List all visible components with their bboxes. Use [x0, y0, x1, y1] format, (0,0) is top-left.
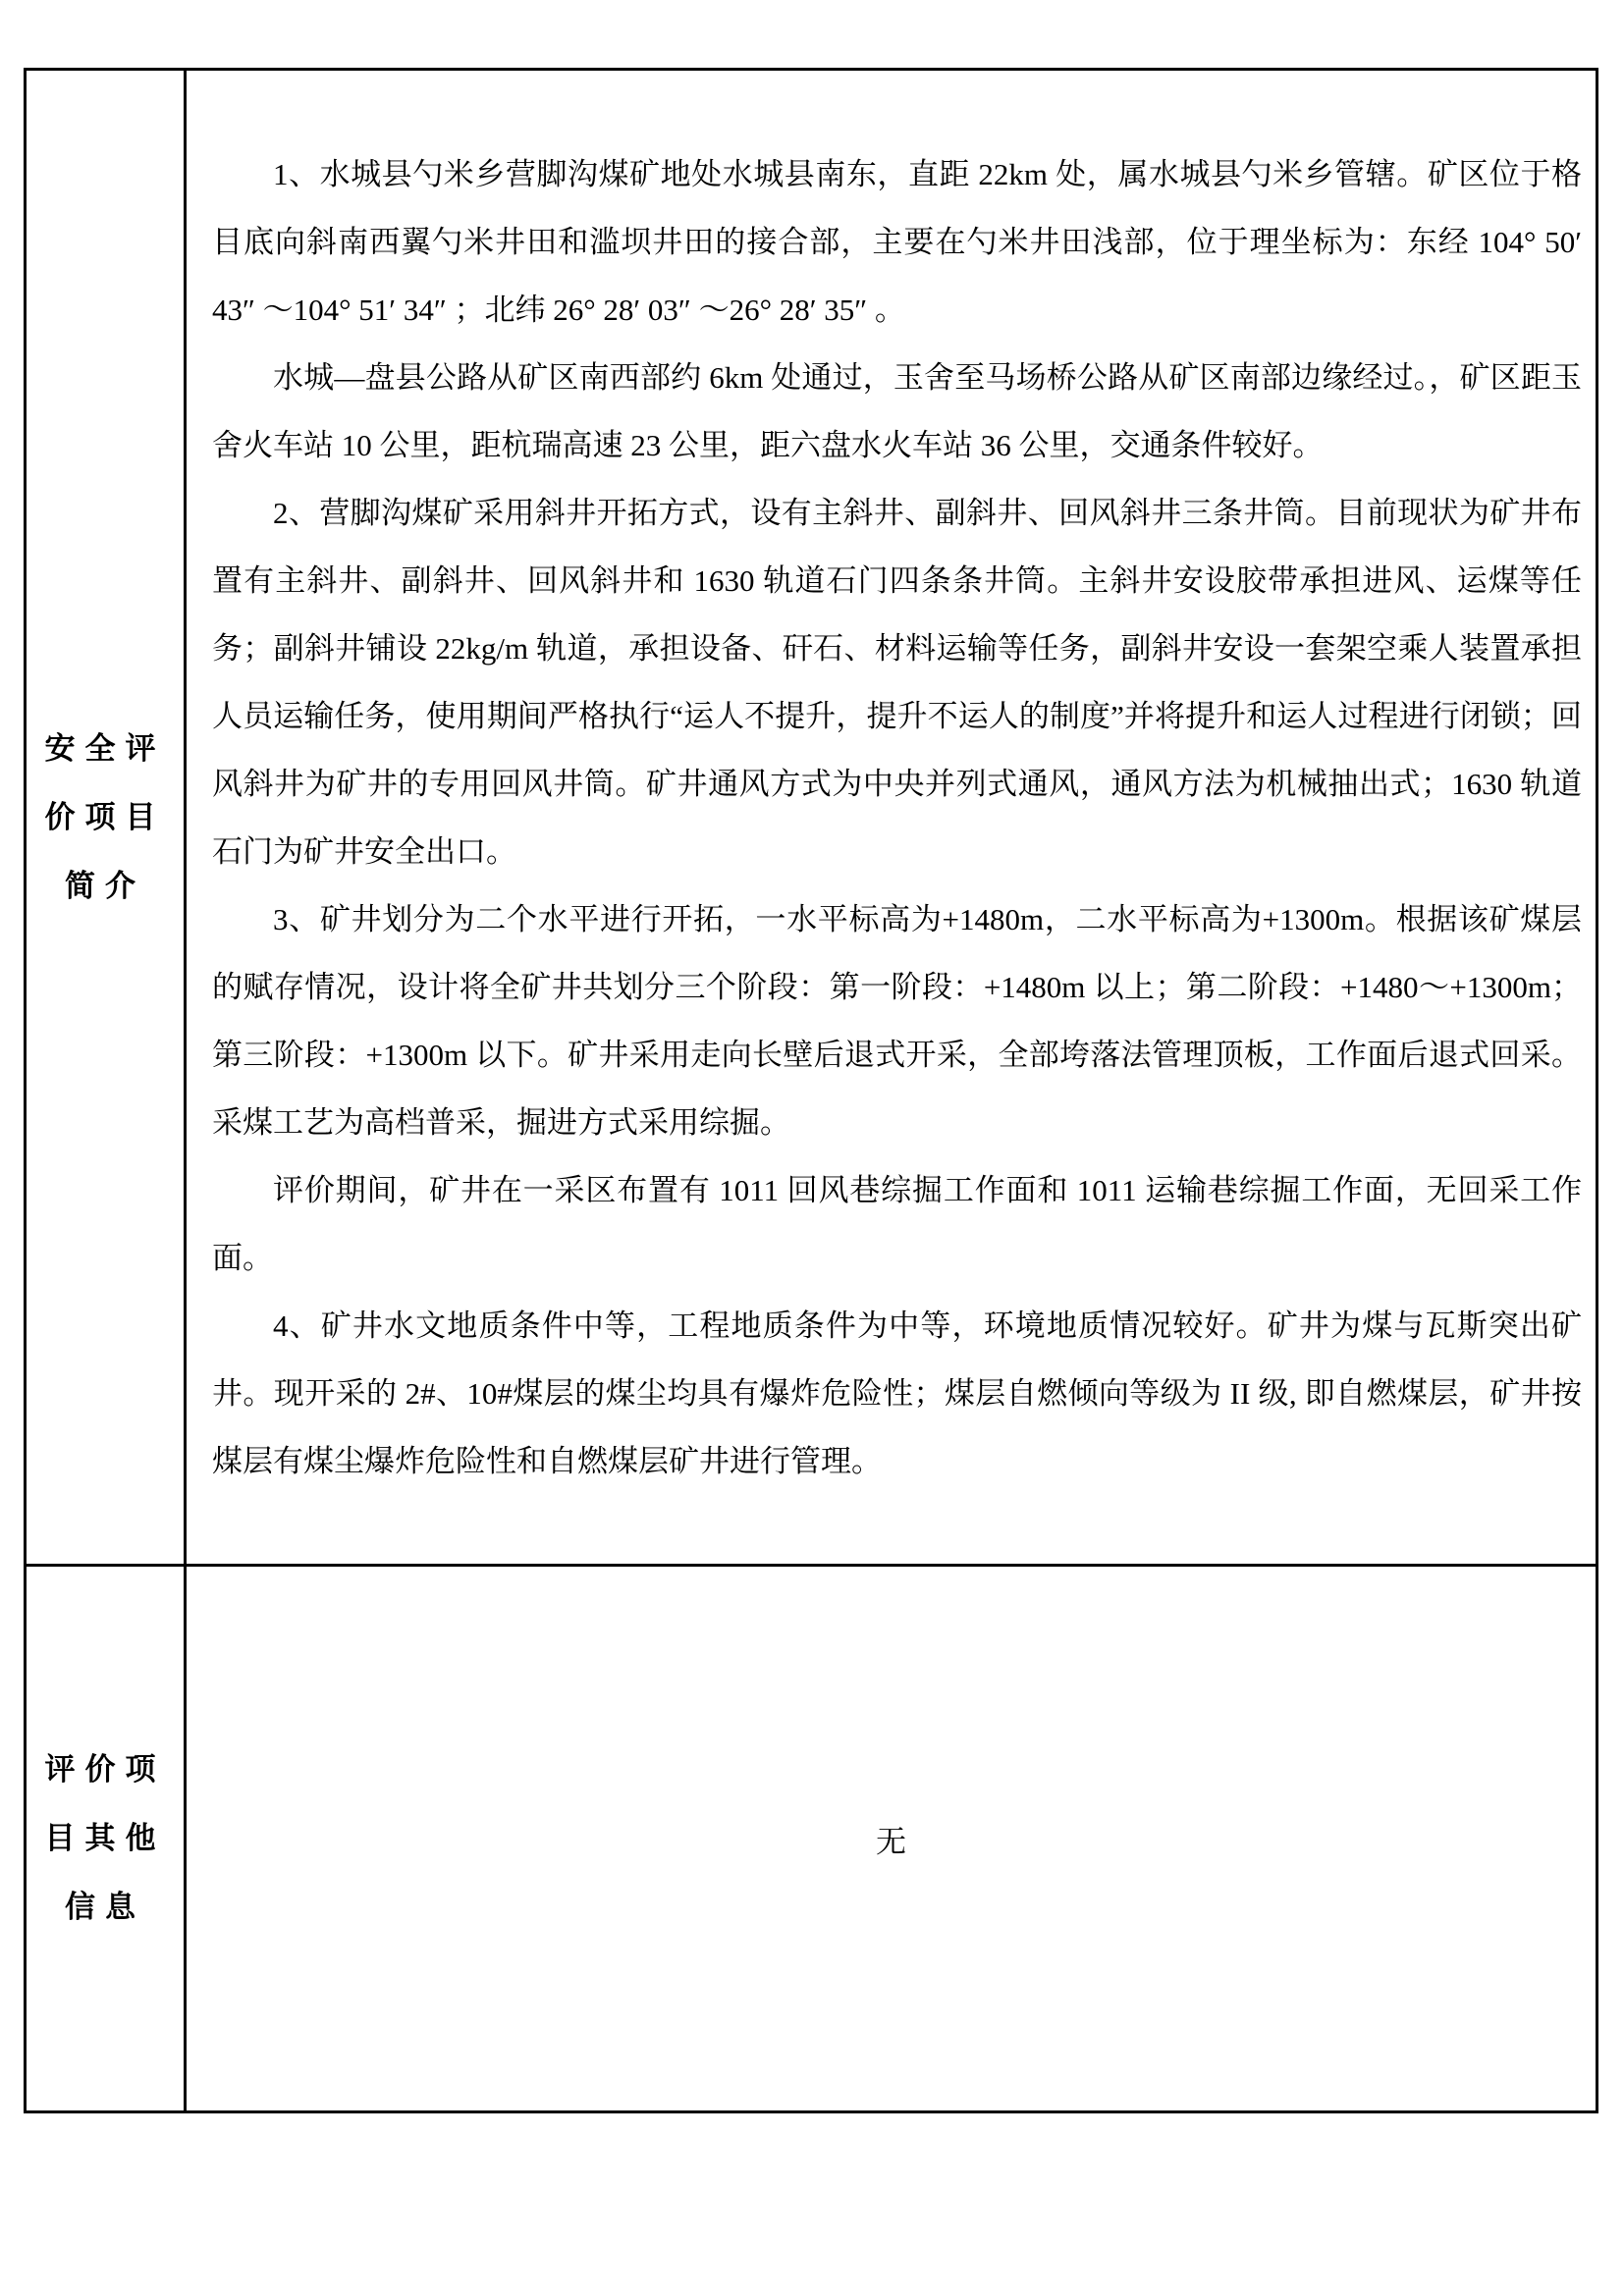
intro-paragraph-5: 评价期间，矿井在一采区布置有 1011 回风巷综掘工作面和 1011 运输巷综掘… — [212, 1156, 1582, 1292]
intro-header-line-1: 安全评 — [45, 715, 166, 783]
intro-content-cell: 1、水城县勺米乡营脚沟煤矿地处水城县南东，直距 22km 处，属水城县勺米乡管辖… — [187, 71, 1596, 1564]
intro-header-cell: 安全评 价项目 简介 — [27, 71, 187, 1564]
table-row-other-info: 评价项 目其他 信息 无 — [27, 1567, 1596, 2110]
other-info-header-line-2: 目其他 — [45, 1804, 166, 1873]
intro-paragraph-1: 1、水城县勺米乡营脚沟煤矿地处水城县南东，直距 22km 处，属水城县勺米乡管辖… — [212, 140, 1582, 344]
intro-paragraph-4: 3、矿井划分为二个水平进行开拓，一水平标高为+1480m，二水平标高为+1300… — [212, 885, 1582, 1156]
intro-header-line-2: 价项目 — [45, 783, 166, 852]
intro-paragraph-6: 4、矿井水文地质条件中等，工程地质条件为中等，环境地质情况较好。矿井为煤与瓦斯突… — [212, 1292, 1582, 1495]
other-info-value: 无 — [876, 1817, 906, 1861]
intro-header-line-3: 简介 — [65, 852, 145, 921]
other-info-header-line-3: 信息 — [65, 1873, 145, 1942]
other-info-header-line-1: 评价项 — [45, 1735, 166, 1804]
evaluation-table: 安全评 价项目 简介 1、水城县勺米乡营脚沟煤矿地处水城县南东，直距 22km … — [24, 68, 1598, 2113]
table-row-intro: 安全评 价项目 简介 1、水城县勺米乡营脚沟煤矿地处水城县南东，直距 22km … — [27, 71, 1596, 1567]
intro-paragraph-2: 水城—盘县公路从矿区南西部约 6km 处通过，玉舍至马场桥公路从矿区南部边缘经过… — [212, 344, 1582, 479]
other-info-header-cell: 评价项 目其他 信息 — [27, 1567, 187, 2110]
intro-paragraph-3: 2、营脚沟煤矿采用斜井开拓方式，设有主斜井、副斜井、回风斜井三条井筒。目前现状为… — [212, 479, 1582, 885]
other-info-content-cell: 无 — [187, 1567, 1596, 2110]
